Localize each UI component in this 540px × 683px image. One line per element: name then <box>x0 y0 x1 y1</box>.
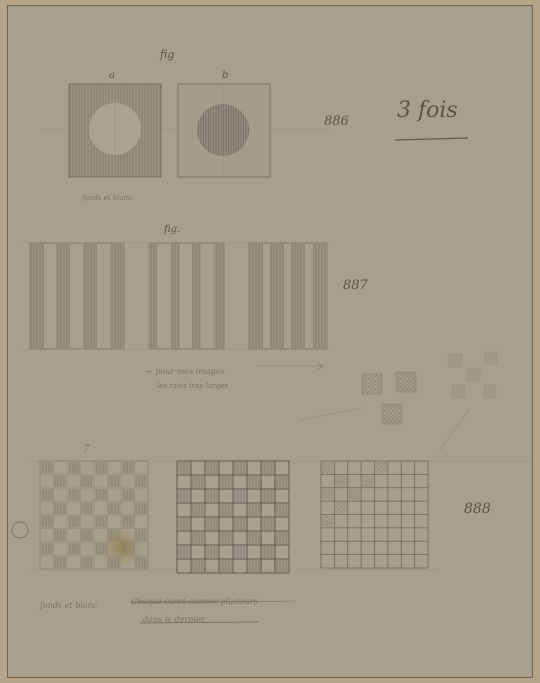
stripe-panel-1 <box>30 243 124 349</box>
fig-caption-887: fig. <box>163 224 180 235</box>
figure-886: fig a b fonds et blanc 886 3 fois <box>69 48 468 202</box>
note-887-line1: ← pour mes images <box>146 367 225 376</box>
stripe-panel-2 <box>149 243 224 349</box>
panel-b-hatched-circle <box>178 84 270 177</box>
figure-887: fig. 887 ← pour mes images les raies tro… <box>30 224 369 390</box>
hole-mark <box>12 522 28 538</box>
figure-number-887: 887 <box>343 278 369 293</box>
panel-label-b: b <box>222 70 228 81</box>
note-887-line2: les raies trop larges <box>157 382 228 390</box>
stripe-panel-3 <box>249 243 327 349</box>
checker-grid-2 <box>177 461 289 573</box>
pencil-drawing: fig a b fonds et blanc 886 3 fois fig. <box>0 0 540 683</box>
small-square-sketches <box>300 352 497 450</box>
fig-caption-886: fig <box>159 48 174 61</box>
panel-label-a: a <box>109 70 115 81</box>
figure-888: 7 888 fonds et blanc Chaque carré comme … <box>12 444 491 624</box>
note-3-fois: 3 fois <box>397 98 458 123</box>
figure-number-886: 886 <box>324 114 349 129</box>
stain-mark <box>100 527 144 567</box>
figure-number-888: 888 <box>464 501 491 517</box>
panel-a-hatched-square <box>69 84 161 177</box>
note-888-left: fonds et blanc <box>39 601 98 610</box>
corner-mark: 7 <box>83 444 90 455</box>
open-grid-3 <box>321 461 428 568</box>
note-886-sub: fonds et blanc <box>81 194 132 202</box>
arrow-right-icon <box>258 363 323 369</box>
underline <box>395 138 468 140</box>
